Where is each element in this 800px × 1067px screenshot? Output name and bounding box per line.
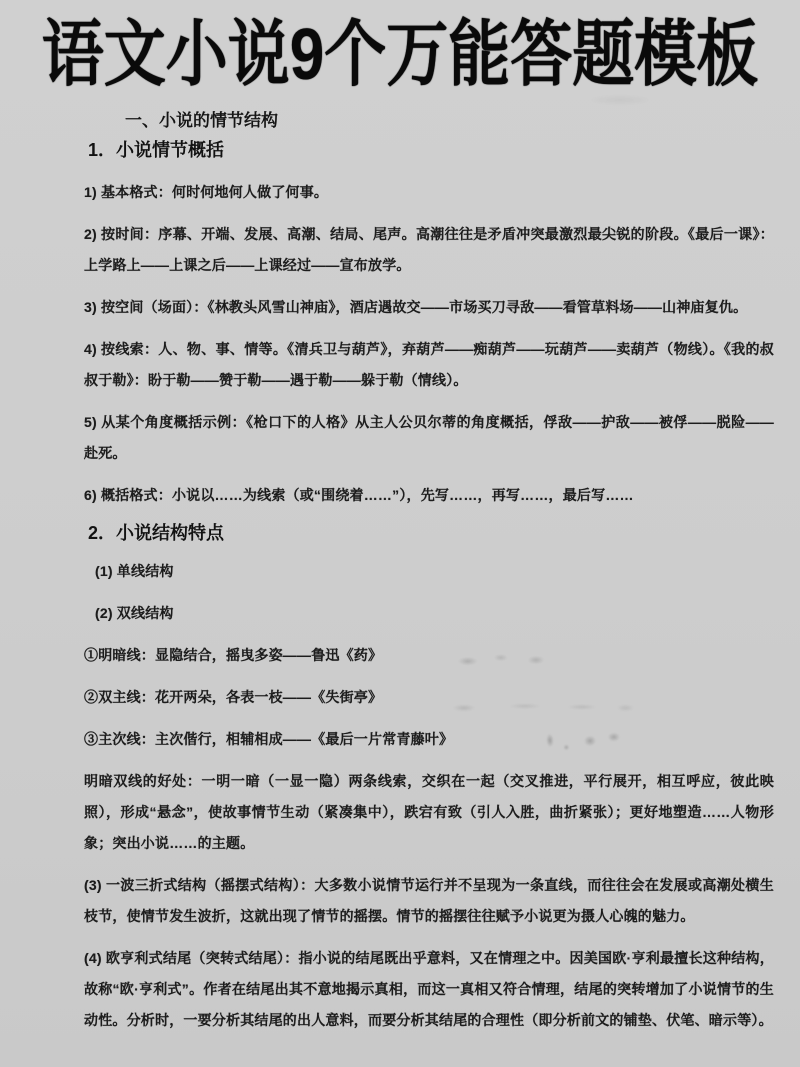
list-item-3: 3) 按空间（场面）：《林教头风雪山神庙》，酒店遇故交——市场买刀寻敌——看管草… — [84, 292, 774, 323]
list-item-1: 1) 基本格式：何时何地何人做了何事。 — [84, 177, 774, 208]
list-item-6: 6) 概括格式：小说以……为线索（或“围绕着……”），先写……，再写……，最后写… — [84, 480, 774, 511]
list-item-2: 2) 按时间：序幕、开端、发展、高潮、结局、尾声。高潮往往是矛盾冲突最激烈最尖锐… — [84, 219, 774, 281]
list-item-5: 5) 从某个角度概括示例：《枪口下的人格》从主人公贝尔蒂的角度概括，俘敌——护敌… — [84, 407, 774, 469]
sub-item-2: (2) 双线结构 — [95, 598, 774, 629]
numbered-note-1: ①明暗线：显隐结合，摇曳多姿——鲁迅《药》 — [84, 640, 774, 671]
numbered-note-2: ②双主线：花开两朵，各表一枝——《失街亭》 — [84, 682, 774, 713]
page-title: 语文小说9个万能答题模板 — [8, 9, 792, 102]
paragraph-dual-line-benefits: 明暗双线的好处：一明一暗（一显一隐）两条线索，交织在一起（交叉推进，平行展开，相… — [84, 766, 774, 859]
numbered-note-3: ③主次线：主次偕行，相辅相成——《最后一片常青藤叶》 — [84, 724, 774, 755]
document-page: 语文小说9个万能答题模板 一、小说的情节结构 1．小说情节概括 1) 基本格式：… — [0, 0, 800, 1067]
list-item-4: 4) 按线索：人、物、事、情等。《清兵卫与葫芦》，弃葫芦——痴葫芦——玩葫芦——… — [84, 334, 774, 396]
paragraph-swing-structure: (3) 一波三折式结构（摇摆式结构）：大多数小说情节运行并不呈现为一条直线，而往… — [84, 870, 774, 932]
subsection-2-heading: 2．小说结构特点 — [88, 521, 800, 545]
sub-item-1: (1) 单线结构 — [95, 556, 774, 587]
section-1-heading: 一、小说的情节结构 — [125, 111, 800, 131]
subsection-1-heading: 1．小说情节概括 — [88, 138, 800, 162]
paragraph-ohenry-ending: (4) 欧亨利式结尾（突转式结尾）：指小说的结尾既出乎意料，又在情理之中。因美国… — [84, 943, 774, 1036]
